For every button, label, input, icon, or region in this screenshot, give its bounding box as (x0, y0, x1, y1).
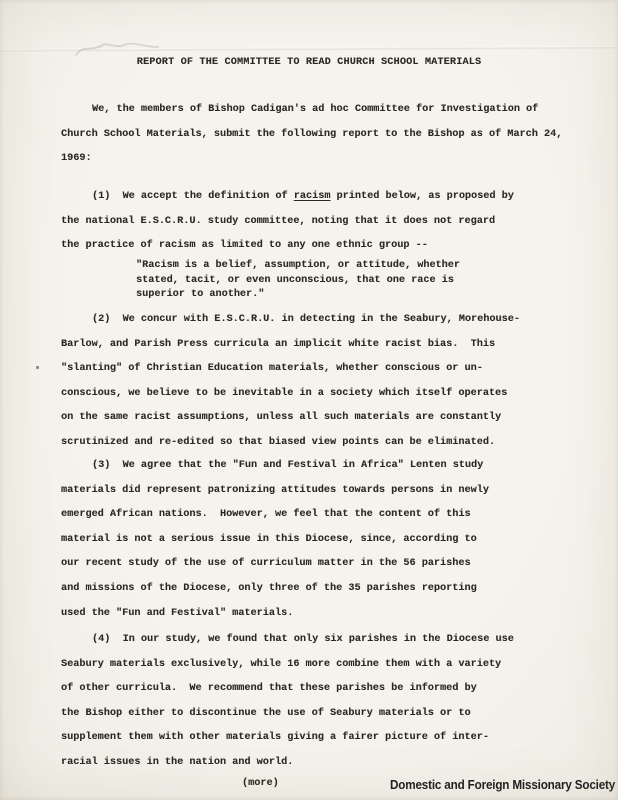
text-line: material is not a serious issue in this … (61, 528, 591, 553)
block-item-3: (3) We agree that the "Fun and Festival … (61, 454, 591, 626)
text-segment: the Bishop either to discontinue the use… (61, 708, 471, 719)
text-line: (4) In our study, we found that only six… (61, 628, 591, 653)
text-segment: superior to another." (136, 289, 264, 300)
paper-speck (36, 366, 39, 369)
text-line: our recent study of the use of curriculu… (61, 552, 591, 577)
text-line: emerged African nations. However, we fee… (61, 503, 591, 528)
text-segment: emerged African nations. However, we fee… (61, 509, 471, 520)
text-segment: "slanting" of Christian Education materi… (61, 363, 483, 374)
text-segment: stated, tacit, or even unconscious, that… (136, 275, 454, 286)
text-segment: (1) We accept the definition of (92, 191, 294, 202)
text-segment: (3) We agree that the "Fun and Festival … (92, 460, 483, 471)
text-line: of other curricula. We recommend that th… (61, 677, 591, 702)
text-line: 1969: (61, 147, 591, 172)
text-segment: Seabury materials exclusively, while 16 … (61, 659, 501, 670)
block-intro-paragraph: We, the members of Bishop Cadigan's ad h… (61, 98, 591, 172)
block-item-1: (1) We accept the definition of racism p… (61, 185, 591, 259)
text-line: the practice of racism as limited to any… (61, 234, 591, 259)
text-line: the Bishop either to discontinue the use… (61, 702, 591, 727)
text-segment: on the same racist assumptions, unless a… (61, 412, 501, 423)
text-line: (1) We accept the definition of racism p… (61, 185, 591, 210)
block-item-2: (2) We concur with E.S.C.R.U. in detecti… (61, 308, 591, 456)
archive-watermark: Domestic and Foreign Missionary Society (390, 777, 615, 792)
text-segment: We, the members of Bishop Cadigan's ad h… (92, 104, 538, 115)
scanned-document-page: REPORT OF THE COMMITTEE TO READ CHURCH S… (0, 0, 618, 800)
text-line: We, the members of Bishop Cadigan's ad h… (61, 98, 591, 123)
text-line: stated, tacit, or even unconscious, that… (136, 274, 618, 289)
text-segment: (4) In our study, we found that only six… (92, 634, 514, 645)
text-segment: of other curricula. We recommend that th… (61, 683, 477, 694)
text-segment: "Racism is a belief, assumption, or atti… (136, 260, 460, 271)
text-line: Barlow, and Parish Press curricula an im… (61, 333, 591, 358)
text-segment: Church School Materials, submit the foll… (61, 129, 562, 140)
text-line: supplement them with other materials giv… (61, 726, 591, 751)
text-line: scrutinized and re-edited so that biased… (61, 431, 591, 456)
document-title: REPORT OF THE COMMITTEE TO READ CHURCH S… (0, 57, 618, 69)
text-segment: printed below, as proposed by (330, 191, 513, 202)
underlined-term: racism (294, 191, 331, 202)
text-segment: the practice of racism as limited to any… (61, 240, 428, 251)
text-line: "Racism is a belief, assumption, or atti… (136, 259, 618, 274)
text-segment: conscious, we believe to be inevitable i… (61, 388, 507, 399)
text-line: on the same racist assumptions, unless a… (61, 406, 591, 431)
text-line: "slanting" of Christian Education materi… (61, 357, 591, 382)
block-quote: "Racism is a belief, assumption, or atti… (61, 259, 618, 303)
text-segment: Barlow, and Parish Press curricula an im… (61, 339, 495, 350)
text-segment: the national E.S.C.R.U. study committee,… (61, 216, 495, 227)
text-line: superior to another." (136, 288, 618, 303)
text-segment: (2) We concur with E.S.C.R.U. in detecti… (92, 314, 520, 325)
text-line: and missions of the Diocese, only three … (61, 577, 591, 602)
text-segment: scrutinized and re-edited so that biased… (61, 437, 495, 448)
text-segment: our recent study of the use of curriculu… (61, 558, 471, 569)
text-line: conscious, we believe to be inevitable i… (61, 382, 591, 407)
text-line: the national E.S.C.R.U. study committee,… (61, 210, 591, 235)
text-segment: material is not a serious issue in this … (61, 534, 477, 545)
text-segment: supplement them with other materials giv… (61, 732, 489, 743)
text-line: (2) We concur with E.S.C.R.U. in detecti… (61, 308, 591, 333)
more-continuation-label: (more) (242, 778, 279, 790)
text-segment: used the "Fun and Festival" materials. (61, 608, 293, 619)
text-line: materials did represent patronizing atti… (61, 479, 591, 504)
text-segment: 1969: (61, 153, 92, 164)
text-line: Church School Materials, submit the foll… (61, 123, 591, 148)
text-line: used the "Fun and Festival" materials. (61, 602, 591, 627)
text-segment: racial issues in the nation and world. (61, 757, 293, 768)
text-line: racial issues in the nation and world. (61, 751, 591, 776)
text-line: (3) We agree that the "Fun and Festival … (61, 454, 591, 479)
block-item-4: (4) In our study, we found that only six… (61, 628, 591, 776)
text-segment: and missions of the Diocese, only three … (61, 583, 477, 594)
text-line: Seabury materials exclusively, while 16 … (61, 653, 591, 678)
text-segment: materials did represent patronizing atti… (61, 485, 489, 496)
